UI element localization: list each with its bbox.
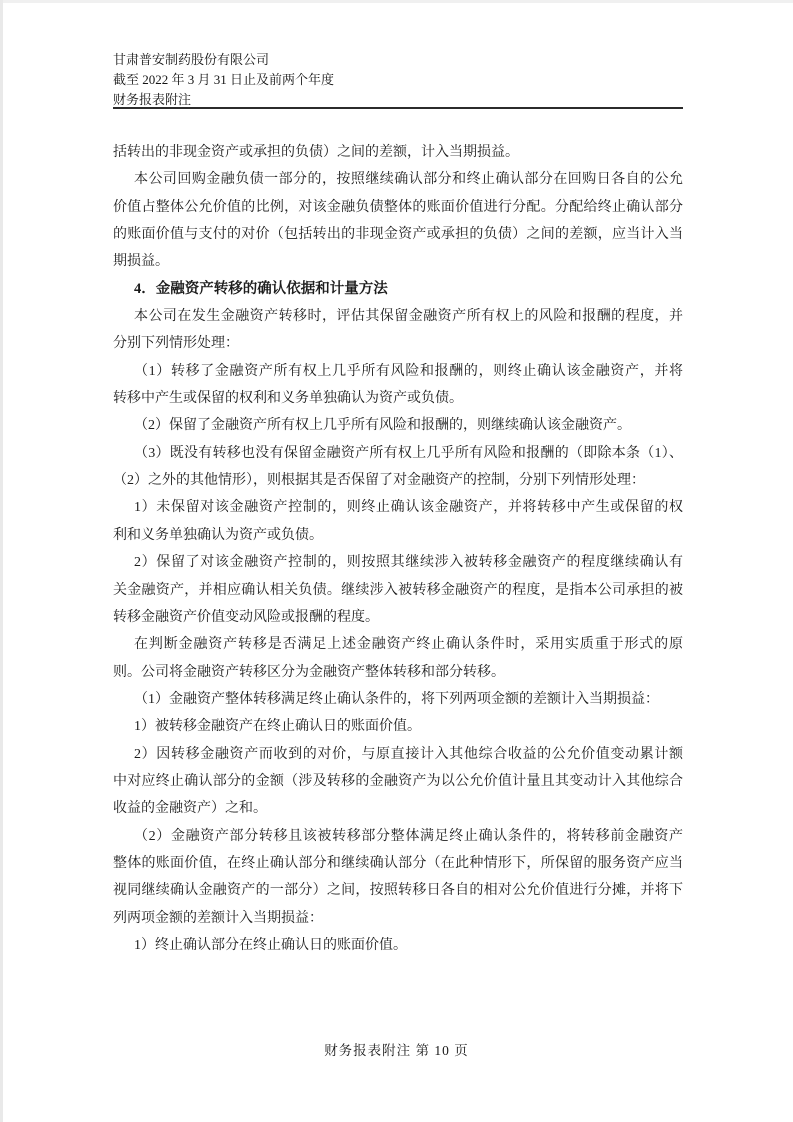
text-line: 1）被转移金融资产在终止确认日的账面价值。: [113, 713, 683, 740]
text-line: 分别下列情形处理：: [113, 330, 683, 357]
text-line: 括转出的非现金资产或承担的负债）之间的差额，计入当期损益。: [113, 139, 683, 166]
text-line: 价值占整体公允价值的比例，对该金融负债整体的账面价值进行分配。分配给终止确认部分: [113, 194, 683, 221]
text-line: 则。公司将金融资产转移区分为金融资产整体转移和部分转移。: [113, 659, 683, 686]
text-line: 在判断金融资产转移是否满足上述金融资产终止确认条件时，采用实质重于形式的原: [113, 631, 683, 658]
text-line: 利和义务单独确认为资产或负债。: [113, 522, 683, 549]
text-line: 2）因转移金融资产而收到的对价，与原直接计入其他综合收益的公允价值变动累计额: [113, 741, 683, 768]
text-line: 本公司在发生金融资产转移时，评估其保留金融资产所有权上的风险和报酬的程度，并: [113, 303, 683, 330]
text-line: 1）终止确认部分在终止确认日的账面价值。: [113, 932, 683, 959]
text-line: 列两项金额的差额计入当期损益：: [113, 905, 683, 932]
text-line: （2）保留了金融资产所有权上几乎所有风险和报酬的，则继续确认该金融资产。: [113, 412, 683, 439]
text-line: （3）既没有转移也没有保留金融资产所有权上几乎所有风险和报酬的（即除本条（1）、: [113, 440, 683, 467]
text-line: 的账面价值与支付的对价（包括转出的非现金资产或承担的负债）之间的差额，应当计入当: [113, 221, 683, 248]
page-header: 甘肃普安制药股份有限公司 截至 2022 年 3 月 31 日止及前两个年度 财…: [113, 50, 683, 110]
text-line: 视同继续确认金融资产的一部分）之间，按照转移日各自的相对公允价值进行分摊，并将下: [113, 877, 683, 904]
page-edge-left: [0, 0, 3, 1122]
text-line: 2）保留了对该金融资产控制的，则按照其继续涉入被转移金融资产的程度继续确认有: [113, 549, 683, 576]
header-divider: [113, 107, 683, 109]
company-name: 甘肃普安制药股份有限公司: [113, 50, 683, 70]
text-line: 1）未保留对该金融资产控制的，则终止确认该金融资产，并将转移中产生或保留的权: [113, 494, 683, 521]
text-line: 整体的账面价值，在终止确认部分和继续确认部分（在此种情形下，所保留的服务资产应当: [113, 850, 683, 877]
page-edge-top: [0, 0, 793, 3]
document-page: 甘肃普安制药股份有限公司 截至 2022 年 3 月 31 日止及前两个年度 财…: [0, 0, 793, 1122]
text-line: 中对应终止确认部分的金额（涉及转移的金融资产为以公允价值计量且其变动计入其他综合: [113, 768, 683, 795]
text-line: （2）之外的其他情形），则根据其是否保留了对金融资产的控制，分别下列情形处理：: [113, 467, 683, 494]
footer-page-number: 财务报表附注 第 10 页: [324, 1043, 469, 1058]
report-period: 截至 2022 年 3 月 31 日止及前两个年度: [113, 70, 683, 90]
body-text: 括转出的非现金资产或承担的负债）之间的差额，计入当期损益。本公司回购金融负债一部…: [113, 139, 683, 959]
text-line: 转移金融资产价值变动风险或报酬的程度。: [113, 604, 683, 631]
section-heading: 4．金融资产转移的确认依据和计量方法: [113, 276, 683, 303]
text-line: 转移中产生或保留的权利和义务单独确认为资产或负债。: [113, 385, 683, 412]
text-line: 关金融资产，并相应确认相关负债。继续涉入被转移金融资产的程度，是指本公司承担的被: [113, 577, 683, 604]
text-line: 期损益。: [113, 248, 683, 275]
page-footer: 财务报表附注 第 10 页: [0, 1039, 793, 1059]
text-line: （1）金融资产整体转移满足终止确认条件的，将下列两项金额的差额计入当期损益：: [113, 686, 683, 713]
text-line: 本公司回购金融负债一部分的，按照继续确认部分和终止确认部分在回购日各自的公允: [113, 166, 683, 193]
text-line: （2）金融资产部分转移且该被转移部分整体满足终止确认条件的，将转移前金融资产: [113, 823, 683, 850]
text-line: 收益的金融资产）之和。: [113, 795, 683, 822]
text-line: （1）转移了金融资产所有权上几乎所有风险和报酬的，则终止确认该金融资产，并将: [113, 358, 683, 385]
